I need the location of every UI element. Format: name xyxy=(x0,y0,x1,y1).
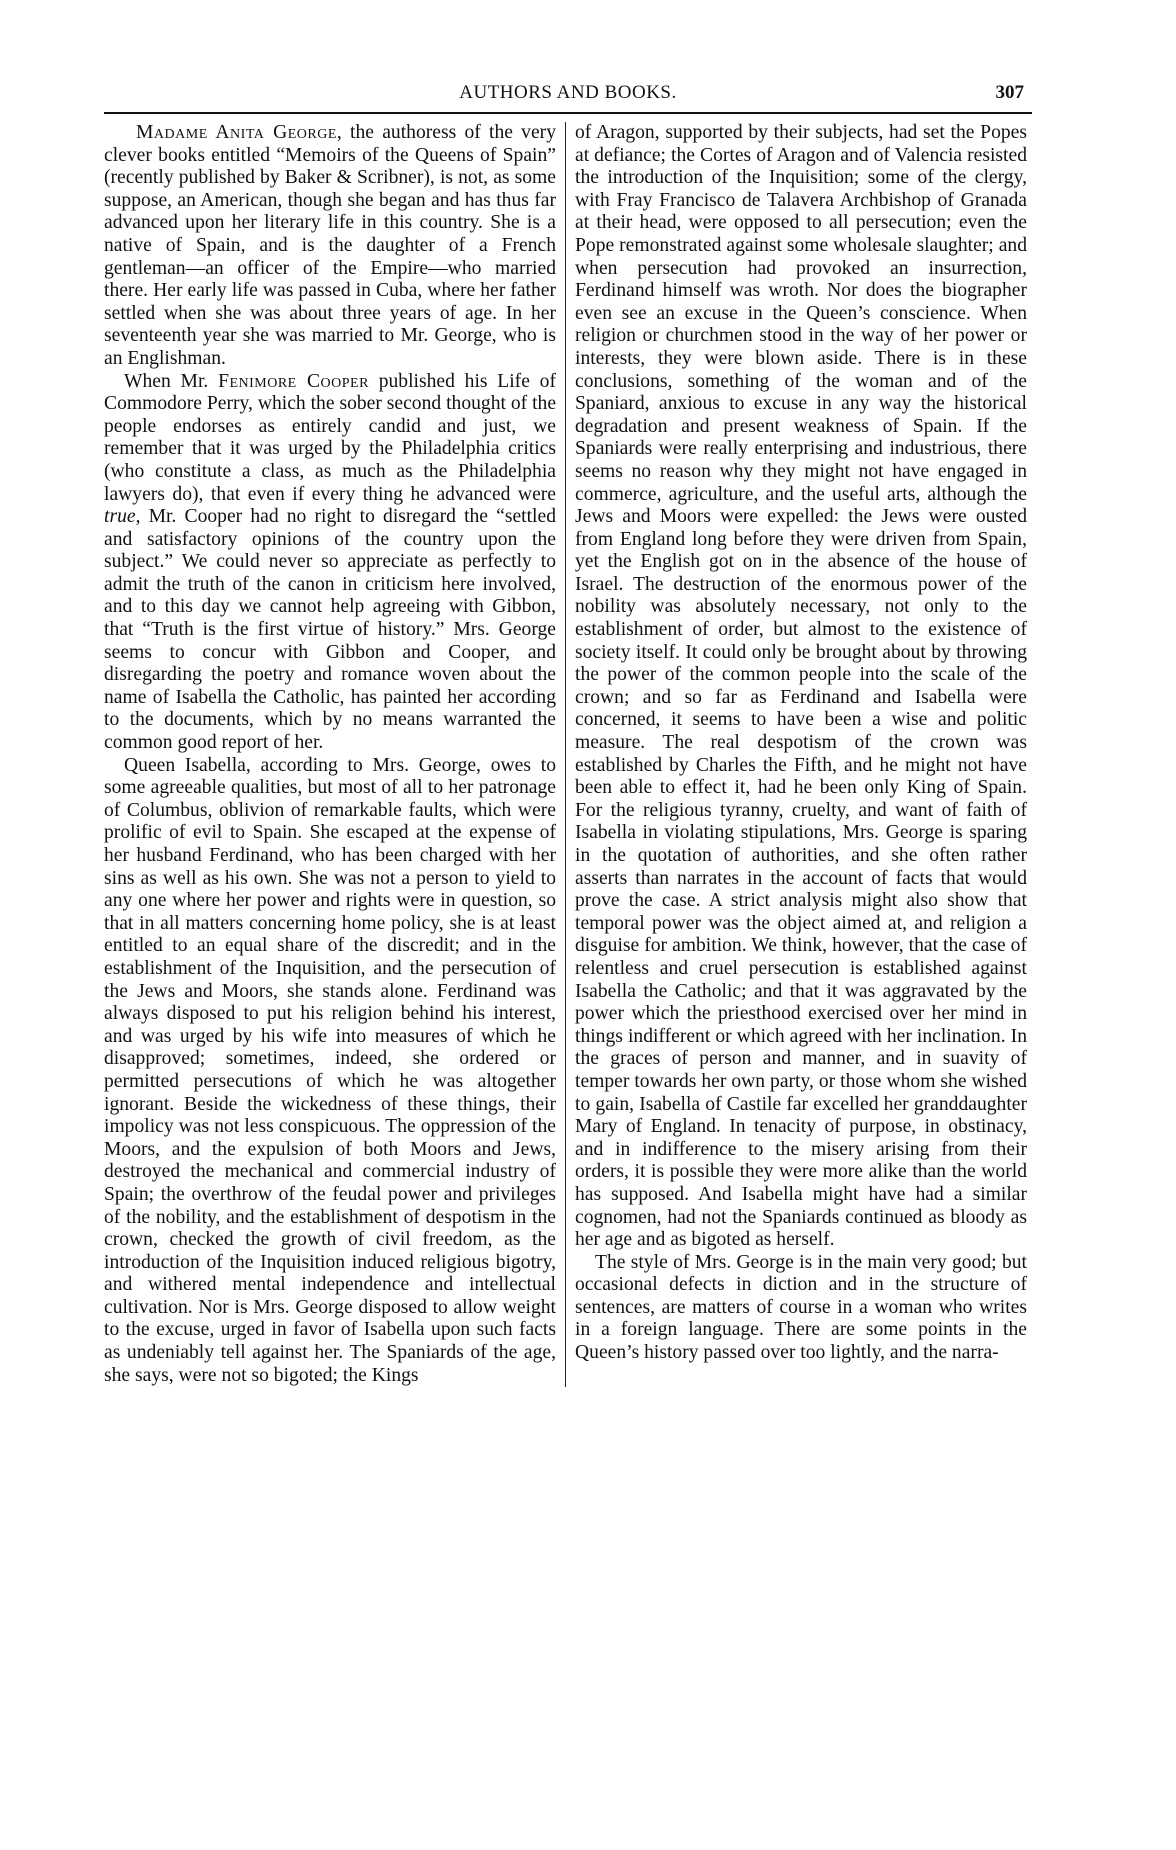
document-page: AUTHORS AND BOOKS. 307 Madame Anita Geor… xyxy=(104,76,1032,1387)
paragraph-text: The style of Mrs. George is in the main … xyxy=(575,1252,1027,1363)
italic-word: true xyxy=(104,506,136,527)
paragraph-anita-george: Madame Anita George, the authoress of th… xyxy=(104,122,556,371)
paragraph-text: Queen Isabella, according to Mrs. George… xyxy=(104,755,556,1386)
left-column: Madame Anita George, the authoress of th… xyxy=(104,122,565,1387)
paragraph-text: , Mr. Cooper had no right to disregard t… xyxy=(104,506,556,753)
two-column-body: Madame Anita George, the authoress of th… xyxy=(104,122,1032,1387)
paragraph-style: The style of Mrs. George is in the main … xyxy=(575,1252,1027,1365)
paragraph-continued: of Aragon, supported by their subjects, … xyxy=(575,122,1027,1252)
paragraph-text: of Aragon, supported by their subjects, … xyxy=(575,122,1027,1250)
paragraph-text: , the authoress of the very clever books… xyxy=(104,122,556,369)
page-number: 307 xyxy=(996,82,1025,104)
paragraph-fenimore-cooper: When Mr. Fenimore Cooper published his L… xyxy=(104,371,556,755)
paragraph-queen-isabella: Queen Isabella, according to Mrs. George… xyxy=(104,755,556,1388)
header-rule xyxy=(104,112,1032,114)
running-title: AUTHORS AND BOOKS. xyxy=(104,82,1032,104)
lead-name: Fenimore Cooper xyxy=(218,371,369,392)
running-head: AUTHORS AND BOOKS. 307 xyxy=(104,76,1032,110)
right-column: of Aragon, supported by their subjects, … xyxy=(565,122,1027,1387)
paragraph-pre: When Mr. xyxy=(124,371,218,392)
lead-name: Madame Anita George xyxy=(136,122,337,143)
